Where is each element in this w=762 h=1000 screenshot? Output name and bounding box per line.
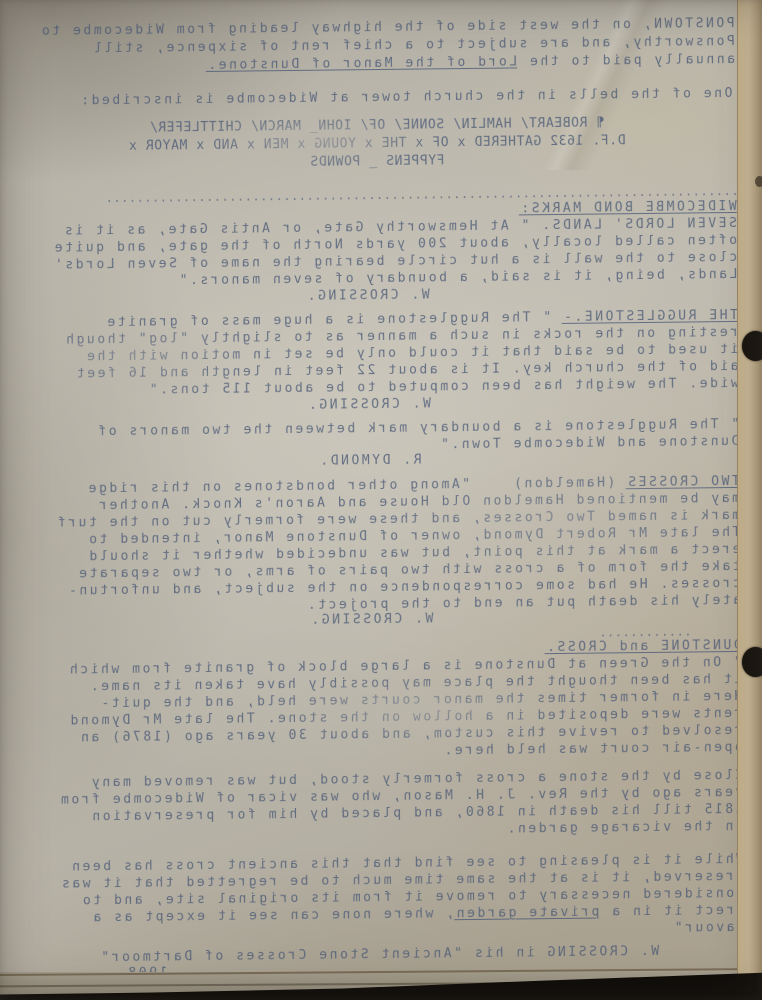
attribution-crossing: W. CROSSING. bbox=[309, 611, 434, 627]
heading-dunstone-and-cross: DUNSTONE and CROSS. bbox=[544, 638, 741, 655]
attribution-crossing: W. CROSSING. bbox=[306, 396, 431, 412]
document-scan: PONSTOWN, on the west side of the highwa… bbox=[0, 0, 762, 1000]
attribution-dymond: R. DYMOND. bbox=[318, 453, 422, 469]
attribution-crossing-source: W. CROSSING in his "Ancient Stone Crosse… bbox=[99, 944, 659, 965]
typed-line: Dunstone and Widecombe Town." bbox=[438, 434, 739, 452]
typed-line: in the vicarage garden. bbox=[505, 819, 744, 837]
heading-widecombe-bond-marks: WIDECOMBE BOND MARKS: bbox=[519, 199, 737, 216]
underlined-text: private garden bbox=[454, 905, 599, 922]
binding-hole-top bbox=[742, 331, 762, 361]
binding-hole-bottom bbox=[742, 647, 762, 677]
typed-line: annually paid to the Lord of the Manor o… bbox=[206, 52, 735, 73]
underlined-text: WIDECOMBE BOND MARKS: bbox=[519, 199, 737, 216]
attribution-crossing: W. CROSSING. bbox=[305, 287, 430, 303]
typed-line: One of the bells in the church tower at … bbox=[79, 86, 733, 108]
typed-line: open-air court was held here. bbox=[442, 740, 743, 758]
underlined-text: THE RUGGLESTONE.- bbox=[561, 308, 738, 325]
typed-text-layer: PONSTOWN, on the west side of the highwa… bbox=[0, 0, 762, 1000]
typed-line: ately his death put an end to the projec… bbox=[305, 593, 741, 613]
scan-tilt-wrapper: PONSTOWN, on the west side of the highwa… bbox=[0, 0, 762, 1000]
dotted-separator: ............ bbox=[599, 624, 692, 639]
typed-line: favour" bbox=[672, 920, 745, 936]
underlined-text: Lord of the Manor of Dunstone. bbox=[206, 54, 517, 73]
edge-speck bbox=[755, 176, 762, 187]
underlined-text: TWO CROSSES bbox=[626, 474, 740, 490]
underlined-text: DUNSTONE and CROSS. bbox=[544, 638, 741, 655]
right-page-edge-strip bbox=[737, 0, 762, 978]
